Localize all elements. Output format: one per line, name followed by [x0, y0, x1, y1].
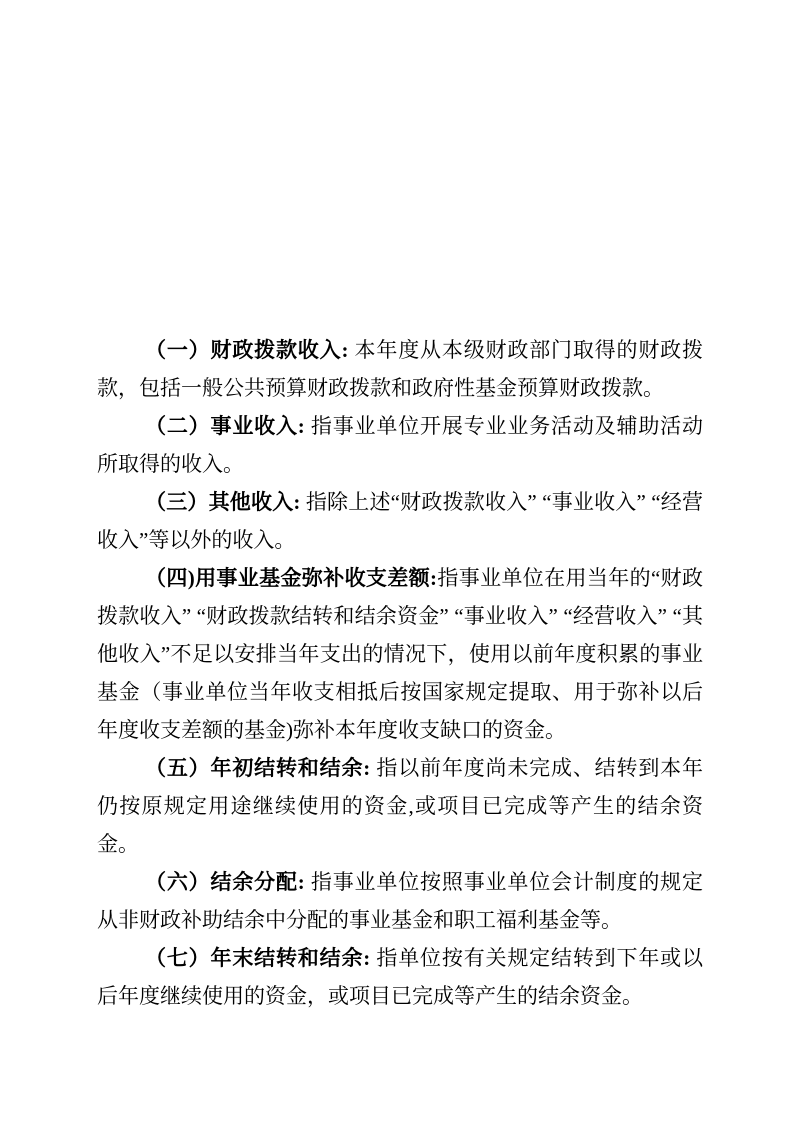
term-label: （五）年初结转和结余: — [145, 756, 370, 780]
document-body: （一）财政拨款收入: 本年度从本级财政部门取得的财政拨款，包括一般公共预算财政拨… — [97, 331, 703, 1015]
term-label: （一）财政拨款收入: — [145, 338, 348, 362]
document-page: （一）财政拨款收入: 本年度从本级财政部门取得的财政拨款，包括一般公共预算财政拨… — [0, 0, 793, 1122]
term-label: （七）年末结转和结余: — [145, 946, 370, 970]
term-label: （六）结余分配: — [145, 870, 305, 894]
term-label: （二）事业收入: — [145, 414, 305, 438]
definition-paragraph: （一）财政拨款收入: 本年度从本级财政部门取得的财政拨款，包括一般公共预算财政拨… — [97, 331, 703, 407]
term-label: （三）其他收入: — [145, 490, 300, 514]
definition-paragraph: （六）结余分配: 指事业单位按照事业单位会计制度的规定从非财政补助结余中分配的事… — [97, 863, 703, 939]
term-definition: 指事业单位在用当年的“财政拨款收入” “财政拨款结转和结余资金” “事业收入” … — [97, 566, 703, 742]
definition-paragraph: （二）事业收入: 指事业单位开展专业业务活动及辅助活动所取得的收入。 — [97, 407, 703, 483]
definition-paragraph: （五）年初结转和结余: 指以前年度尚未完成、结转到本年仍按原规定用途继续使用的资… — [97, 749, 703, 863]
definition-paragraph: （三）其他收入: 指除上述“财政拨款收入” “事业收入” “经营收入”等以外的收… — [97, 483, 703, 559]
definition-paragraph: （四)用事业基金弥补收支差额:指事业单位在用当年的“财政拨款收入” “财政拨款结… — [97, 559, 703, 749]
term-label: （四)用事业基金弥补收支差额: — [145, 566, 437, 590]
definition-paragraph: （七）年末结转和结余: 指单位按有关规定结转到下年或以后年度继续使用的资金，或项… — [97, 939, 703, 1015]
